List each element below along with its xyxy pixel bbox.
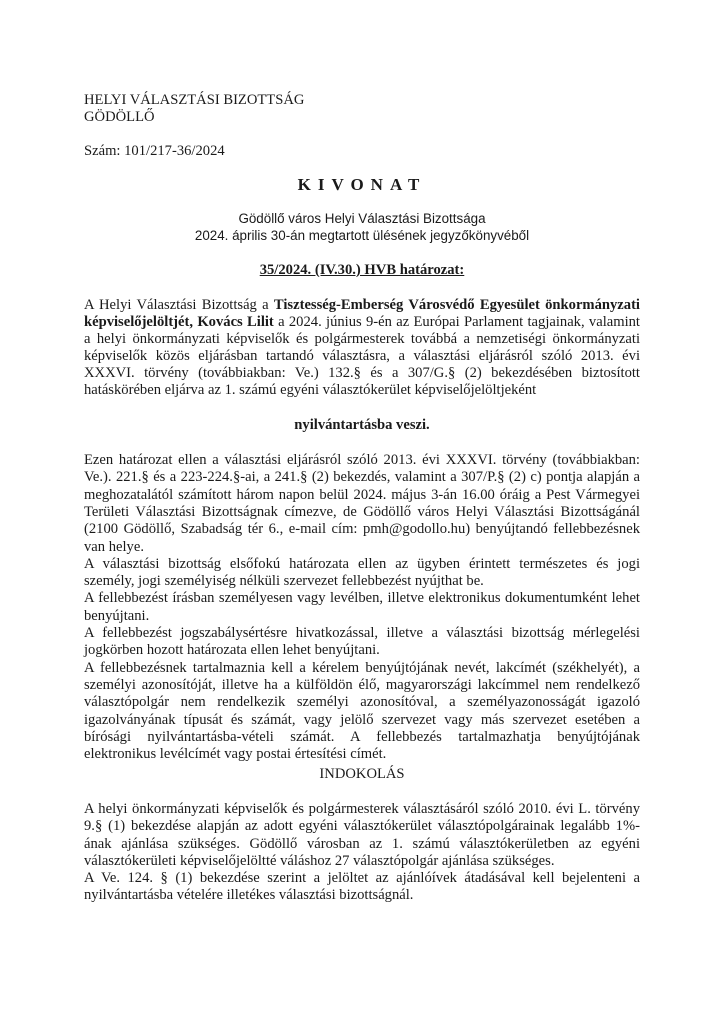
subtitle-line-2: 2024. április 30-án megtartott ülésének …: [84, 227, 640, 244]
subtitle-line-1: Gödöllő város Helyi Választási Bizottság…: [84, 210, 640, 227]
reason1-line: ának ajánlása szükséges. Gödöllő városba…: [84, 836, 640, 853]
case-number: Szám: 101/217-36/2024: [84, 143, 640, 160]
reason1-line: választókerületi képviselőjelöltté válás…: [84, 853, 640, 870]
resolution-title-text: 35/2024. (IV.30.) HVB határozat:: [260, 262, 465, 278]
appeal-line: A választási bizottság elsőfokú határoza…: [84, 556, 640, 573]
appeal-line: Területi Választási Bizottságnak címezve…: [84, 504, 640, 521]
resolution-title: 35/2024. (IV.30.) HVB határozat:: [84, 262, 640, 279]
appeal-line: igazolványának típusát és számát, vagy j…: [84, 712, 640, 729]
intro-text: A Helyi Választási Bizottság a: [84, 297, 274, 313]
intro-line-6: hatáskörében eljárva az 1. számú egyéni …: [84, 382, 640, 399]
appeal-line: A fellebbezésnek tartalmaznia kell a kér…: [84, 660, 640, 677]
appeal-line: meghozatalától számított három napon bel…: [84, 487, 640, 504]
candidate-org: Tisztesség-Emberség Városvédő Egyesület …: [274, 297, 640, 313]
appeal-line: személyi azonosítóját, illetve ha a külf…: [84, 677, 640, 694]
intro-line-3: a helyi önkormányzati képviselők és polg…: [84, 331, 640, 348]
appeal-line: bírósági nyilvántartásba-vételi számát. …: [84, 729, 640, 746]
appeal-line: választópolgár nem rendelkezik személyi …: [84, 694, 640, 711]
org-name: HELYI VÁLASZTÁSI BIZOTTSÁG: [84, 92, 640, 109]
appeal-line: elektronikus levélcímét vagy postai érte…: [84, 746, 640, 763]
appeal-line: Ezen határozat ellen a választási eljárá…: [84, 452, 640, 469]
document-title: KIVONAT: [84, 176, 640, 193]
decision: nyilvántartásba veszi.: [84, 417, 640, 434]
appeal-line: benyújtani.: [84, 608, 640, 625]
reason2-line: A Ve. 124. § (1) bekezdése szerint a jel…: [84, 870, 640, 887]
appeal-line: Ve.). 221.§ és a 223-224.§-ai, a 241.§ (…: [84, 469, 640, 486]
intro-text: a 2024. június 9-én az Európai Parlament…: [274, 314, 640, 330]
intro-line-4: képviselők közös eljárásban tartandó vál…: [84, 348, 640, 365]
candidate-name: képviselőjelöltjét, Kovács Lilit: [84, 314, 274, 330]
appeal-line: (2100 Gödöllő, Szabadság tér 6., e-mail …: [84, 521, 640, 538]
intro-line-1: A Helyi Választási Bizottság a Tisztessé…: [84, 297, 640, 314]
appeal-line: jogkörben hozott határozata ellen lehet …: [84, 642, 640, 659]
reasoning-heading: INDOKOLÁS: [84, 766, 640, 783]
document-page: HELYI VÁLASZTÁSI BIZOTTSÁG GÖDÖLLŐ Szám:…: [0, 0, 724, 1024]
reason1-line: A helyi önkormányzati képviselők és polg…: [84, 801, 640, 818]
appeal-line: személy, jogi személyiség nélküli szerve…: [84, 573, 640, 590]
appeal-line: A fellebbezést jogszabálysértésre hivatk…: [84, 625, 640, 642]
appeal-line: A fellebbezést írásban személyesen vagy …: [84, 590, 640, 607]
reason2-line: nyilvántartásba vételére illetékes válas…: [84, 887, 640, 904]
reason1-line: 9.§ (1) bekezdése alapján az adott egyén…: [84, 818, 640, 835]
org-city: GÖDÖLLŐ: [84, 109, 640, 126]
appeal-line: van helye.: [84, 539, 640, 556]
intro-line-2: képviselőjelöltjét, Kovács Lilit a 2024.…: [84, 314, 640, 331]
intro-line-5: XXXVI. törvény (továbbiakban: Ve.) 132.§…: [84, 365, 640, 382]
